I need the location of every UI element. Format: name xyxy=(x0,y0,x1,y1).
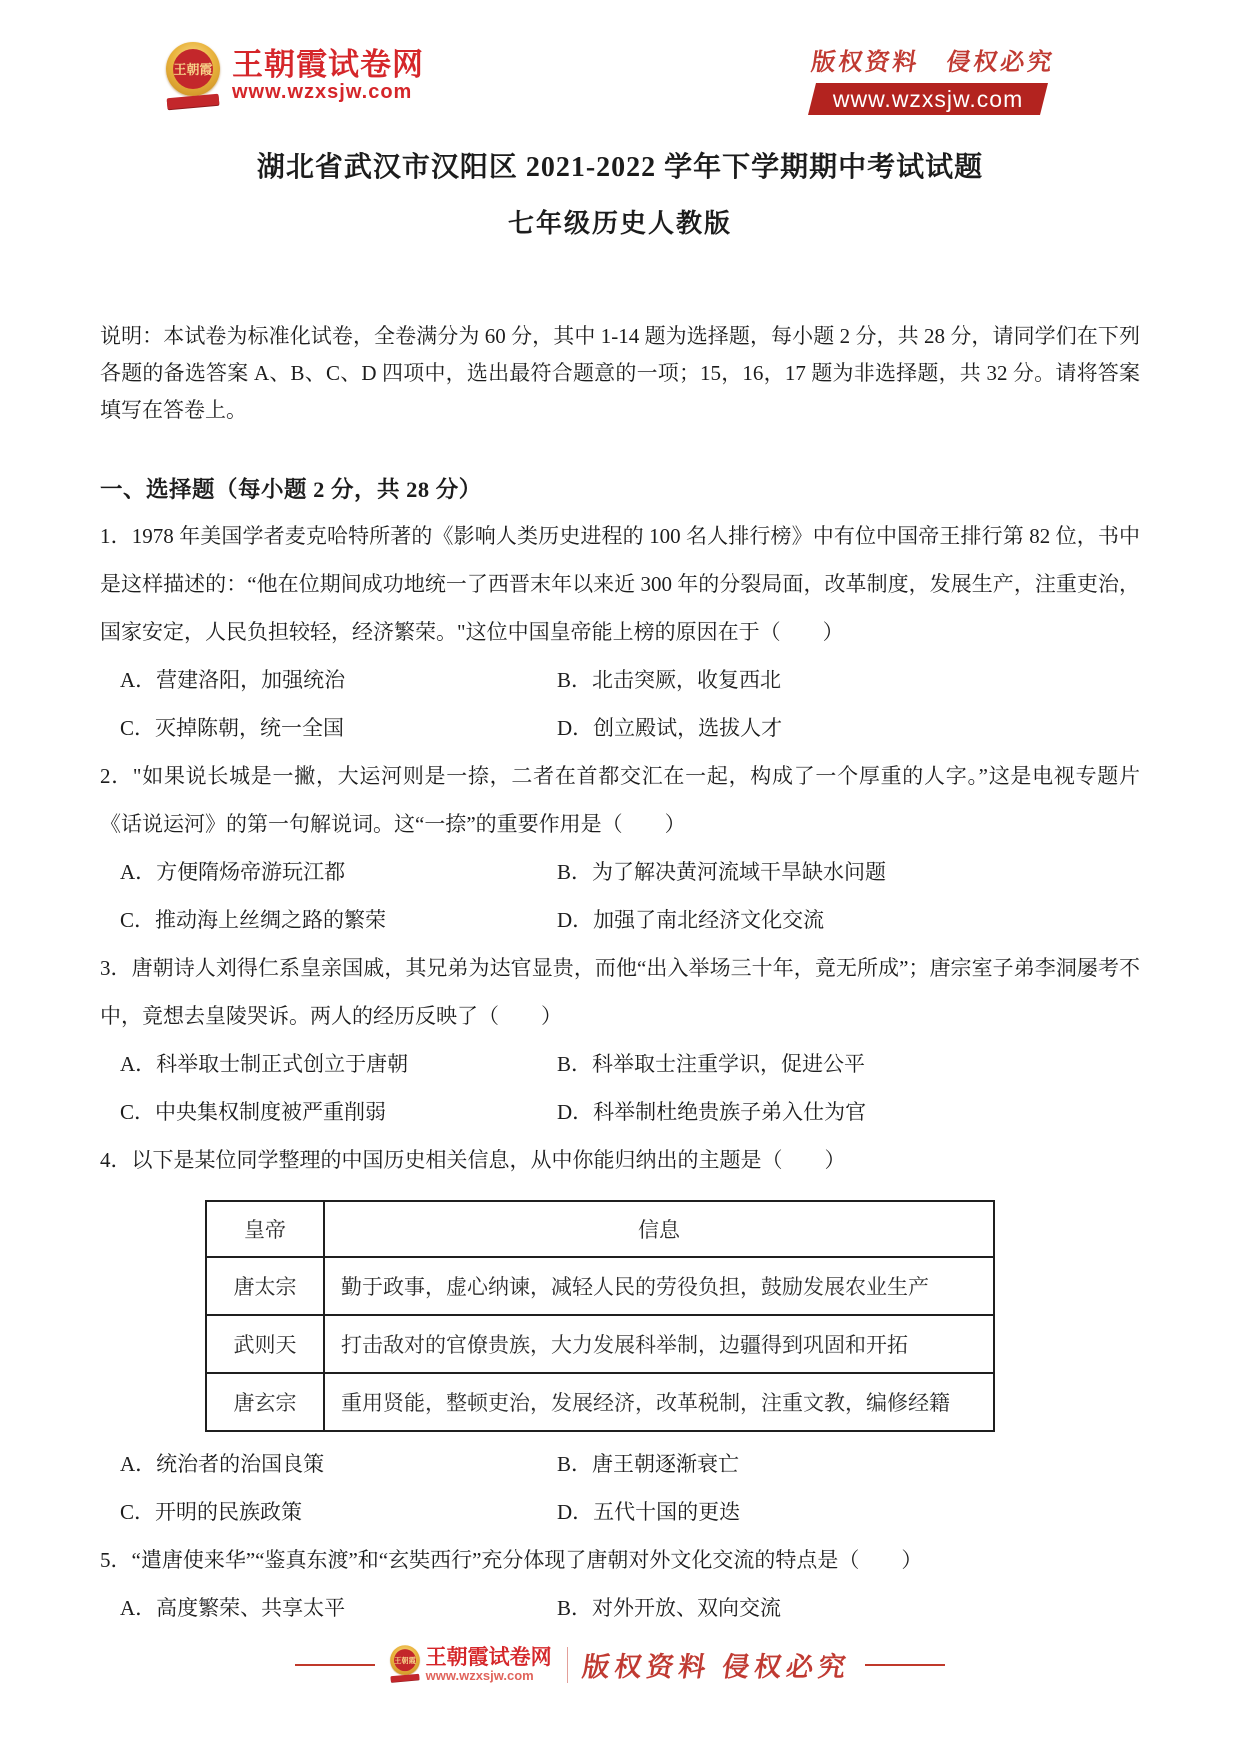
question-1-stem: 1．1978 年美国学者麦克哈特所著的《影响人类历史进程的 100 名人排行榜》… xyxy=(100,512,1140,656)
footer-brand-url: www.wzxsjw.com xyxy=(426,1669,552,1683)
question-2-option-a: A．方便隋炀帝游玩江都 xyxy=(120,848,557,896)
table-header-emperor: 皇帝 xyxy=(206,1201,324,1257)
header-right: 版权资料 侵权必究 www.wzxsjw.com xyxy=(812,42,1044,115)
question-5-stem: 5．“遣唐使来华”“鉴真东渡”和“玄奘西行”充分体现了唐朝对外文化交流的特点是（… xyxy=(100,1536,1140,1584)
table-cell-emperor: 唐太宗 xyxy=(206,1257,324,1315)
question-1-option-d: D．创立殿试，选拔人才 xyxy=(557,704,1140,752)
question-2-option-b: B．为了解决黄河流域干旱缺水问题 xyxy=(557,848,1140,896)
page-header: 王朝霞 王朝霞试卷网 www.wzxsjw.com 版权资料 侵权必究 www.… xyxy=(0,40,1240,120)
medal-ribbon-icon xyxy=(167,94,220,109)
question-3-options: A．科举取士制正式创立于唐朝 B．科举取士注重学识，促进公平 C．中央集权制度被… xyxy=(100,1040,1140,1136)
brand-url: www.wzxsjw.com xyxy=(232,82,424,104)
question-4-option-c: C．开明的民族政策 xyxy=(120,1488,557,1536)
exam-body: 说明：本试卷为标准化试卷，全卷满分为 60 分，其中 1-14 题为选择题，每小… xyxy=(0,318,1240,1632)
table-cell-info: 打击敌对的官僚贵族，大力发展科举制，边疆得到巩固和开拓 xyxy=(324,1315,994,1373)
medal-seal-icon: 王朝霞 xyxy=(394,1650,416,1672)
table-cell-emperor: 武则天 xyxy=(206,1315,324,1373)
brand-medal-icon: 王朝霞 xyxy=(390,1646,420,1683)
question-2-option-c: C．推动海上丝绸之路的繁荣 xyxy=(120,896,557,944)
question-5-option-b: B．对外开放、双向交流 xyxy=(557,1584,1140,1632)
exam-subtitle: 七年级历史人教版 xyxy=(0,204,1240,244)
table-cell-emperor: 唐玄宗 xyxy=(206,1373,324,1431)
logo-text: 王朝霞试卷网 www.wzxsjw.com xyxy=(232,48,424,103)
question-1-options: A．营建洛阳，加强统治 B．北击突厥，收复西北 C．灭掉陈朝，统一全国 D．创立… xyxy=(100,656,1140,752)
question-3-option-b: B．科举取士注重学识，促进公平 xyxy=(557,1040,1140,1088)
exam-instructions: 说明：本试卷为标准化试卷，全卷满分为 60 分，其中 1-14 题为选择题，每小… xyxy=(100,318,1140,429)
question-2-stem: 2．"如果说长城是一撇，大运河则是一捺，二者在首都交汇在一起，构成了一个厚重的人… xyxy=(100,752,1140,848)
question-1-option-b: B．北击突厥，收复西北 xyxy=(557,656,1140,704)
question-4-options: A．统治者的治国良策 B．唐王朝逐渐衰亡 C．开明的民族政策 D．五代十国的更迭 xyxy=(100,1440,1140,1536)
footer-logo: 王朝霞 王朝霞试卷网 www.wzxsjw.com xyxy=(390,1646,552,1683)
question-4-option-d: D．五代十国的更迭 xyxy=(557,1488,1140,1536)
section-heading: 一、选择题（每小题 2 分，共 28 分） xyxy=(100,468,1140,512)
banner-url: www.wzxsjw.com xyxy=(833,86,1023,113)
question-3-option-d: D．科举制杜绝贵族子弟入仕为官 xyxy=(557,1088,1140,1136)
medal-ring-icon: 王朝霞 xyxy=(390,1646,420,1676)
question-1-option-c: C．灭掉陈朝，统一全国 xyxy=(120,704,557,752)
page-footer: 王朝霞 王朝霞试卷网 www.wzxsjw.com 版权资料 侵权必究 xyxy=(0,1645,1240,1684)
footer-brand-name: 王朝霞试卷网 xyxy=(426,1646,552,1669)
table-cell-info: 重用贤能，整顿吏治，发展经济，改革税制，注重文教，编修经籍 xyxy=(324,1373,994,1431)
question-3-option-c: C．中央集权制度被严重削弱 xyxy=(120,1088,557,1136)
question-2-option-d: D．加强了南北经济文化交流 xyxy=(557,896,1140,944)
table-header-info: 信息 xyxy=(324,1201,994,1257)
question-4-table: 皇帝 信息 唐太宗 勤于政事，虚心纳谏，减轻人民的劳役负担，鼓励发展农业生产 武… xyxy=(205,1200,995,1432)
exam-title: 湖北省武汉市汉阳区 2021-2022 学年下学期期中考试试题 xyxy=(0,148,1240,188)
question-5-options: A．高度繁荣、共享太平 B．对外开放、双向交流 xyxy=(100,1584,1140,1632)
question-3-option-a: A．科举取士制正式创立于唐朝 xyxy=(120,1040,557,1088)
footer-rule-left xyxy=(295,1664,375,1666)
medal-seal-icon: 王朝霞 xyxy=(173,49,213,89)
site-logo: 王朝霞 王朝霞试卷网 www.wzxsjw.com xyxy=(166,42,424,110)
question-2-options: A．方便隋炀帝游玩江都 B．为了解决黄河流域干旱缺水问题 C．推动海上丝绸之路的… xyxy=(100,848,1140,944)
footer-rule-right xyxy=(865,1664,945,1666)
question-4-stem: 4．以下是某位同学整理的中国历史相关信息，从中你能归纳出的主题是（ ） xyxy=(100,1136,1140,1184)
question-4-option-a: A．统治者的治国良策 xyxy=(120,1440,557,1488)
medal-ribbon-icon xyxy=(390,1674,419,1683)
table-header-row: 皇帝 信息 xyxy=(206,1201,994,1257)
medal-ring-icon: 王朝霞 xyxy=(166,42,220,96)
exam-page: 王朝霞 王朝霞试卷网 www.wzxsjw.com 版权资料 侵权必究 www.… xyxy=(0,0,1240,1753)
brand-name: 王朝霞试卷网 xyxy=(232,48,424,81)
question-5-option-a: A．高度繁荣、共享太平 xyxy=(120,1584,557,1632)
copyright-slogan: 版权资料 侵权必究 xyxy=(810,42,1047,77)
question-1-option-a: A．营建洛阳，加强统治 xyxy=(120,656,557,704)
question-4-option-b: B．唐王朝逐渐衰亡 xyxy=(557,1440,1140,1488)
footer-logo-text: 王朝霞试卷网 www.wzxsjw.com xyxy=(426,1646,552,1683)
question-3-stem: 3．唐朝诗人刘得仁系皇亲国戚，其兄弟为达官显贵，而他“出入举场三十年，竟无所成”… xyxy=(100,944,1140,1040)
footer-copyright-slogan: 版权资料 侵权必究 xyxy=(580,1645,853,1684)
table-row: 唐太宗 勤于政事，虚心纳谏，减轻人民的劳役负担，鼓励发展农业生产 xyxy=(206,1257,994,1315)
table-row: 武则天 打击敌对的官僚贵族，大力发展科举制，边疆得到巩固和开拓 xyxy=(206,1315,994,1373)
table-cell-info: 勤于政事，虚心纳谏，减轻人民的劳役负担，鼓励发展农业生产 xyxy=(324,1257,994,1315)
url-banner: www.wzxsjw.com xyxy=(808,83,1048,115)
table-row: 唐玄宗 重用贤能，整顿吏治，发展经济，改革税制，注重文教，编修经籍 xyxy=(206,1373,994,1431)
brand-medal-icon: 王朝霞 xyxy=(166,42,220,110)
footer-divider xyxy=(567,1647,568,1683)
